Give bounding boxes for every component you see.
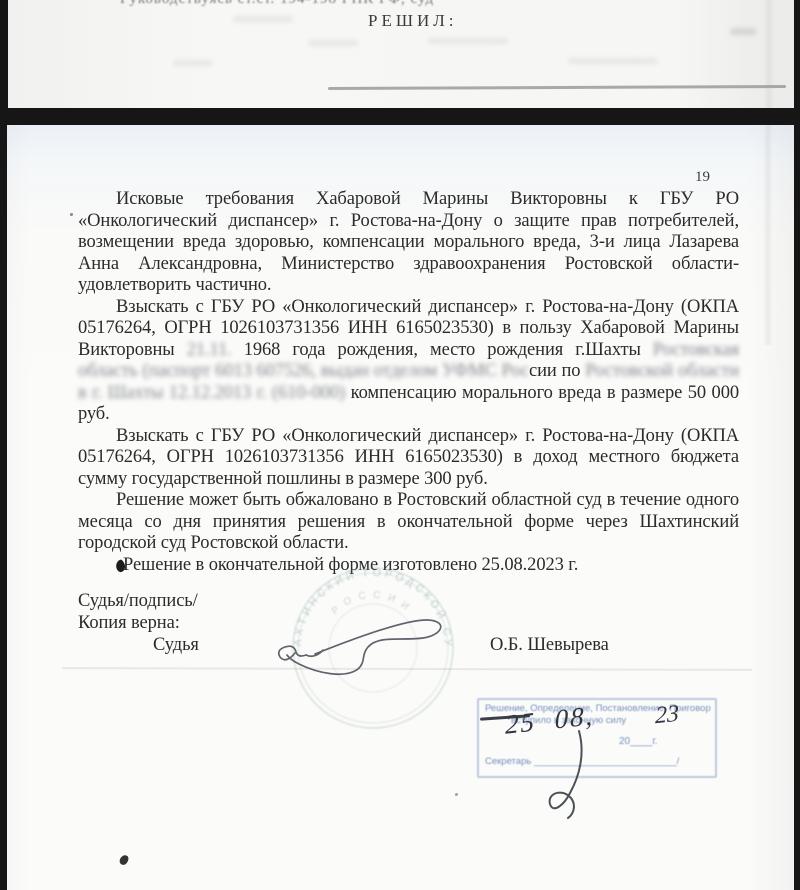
bleed-through-smudge bbox=[428, 38, 508, 44]
pen-flourish bbox=[527, 713, 627, 833]
fold-line bbox=[763, 125, 773, 345]
paragraph-text: 1968 года рождения, место рождения г.Шах… bbox=[232, 340, 653, 360]
ink-speck bbox=[119, 854, 130, 866]
judge-label: Судья bbox=[153, 635, 199, 655]
decision-page: 19 Исковые требования Хабаровой Марины В… bbox=[7, 125, 794, 890]
ink-speck bbox=[455, 793, 458, 796]
bleed-through-smudge bbox=[173, 60, 213, 66]
paragraph-appeal: Решение может быть обжаловано в Ростовск… bbox=[78, 490, 739, 555]
bleed-through-smudge bbox=[730, 28, 756, 35]
page-number: 19 bbox=[695, 169, 710, 186]
paragraph-text: сии по bbox=[529, 361, 585, 381]
partial-top-line: Руководствуясь ст.ст. 194-198 ГПК РФ, су… bbox=[120, 0, 434, 8]
redacted-birth-date: 21.11. bbox=[187, 340, 232, 360]
paragraph-claims: Исковые требования Хабаровой Марины Викт… bbox=[78, 189, 739, 297]
previous-page-fragment: Руководствуясь ст.ст. 194-198 ГПК РФ, су… bbox=[8, 0, 794, 108]
paragraph-award-moral-damages: Взыскать с ГБУ РО «Онкологический диспан… bbox=[78, 297, 739, 426]
bleed-through-smudge bbox=[308, 40, 358, 46]
page-edge-shadow bbox=[328, 85, 786, 90]
paragraph-state-duty: Взыскать с ГБУ РО «Онкологический диспан… bbox=[78, 426, 739, 491]
fold-line bbox=[764, 0, 774, 108]
decision-heading: РЕШИЛ: bbox=[368, 11, 458, 31]
bleed-through-smudge bbox=[568, 58, 658, 64]
judge-name: О.Б. Шевырева bbox=[490, 635, 609, 657]
handwritten-year: 23 bbox=[655, 701, 679, 731]
scanned-document-viewer: Руководствуясь ст.ст. 194-198 ГПК РФ, су… bbox=[0, 0, 800, 890]
bleed-through-smudge bbox=[233, 16, 293, 22]
ink-speck bbox=[70, 213, 73, 216]
